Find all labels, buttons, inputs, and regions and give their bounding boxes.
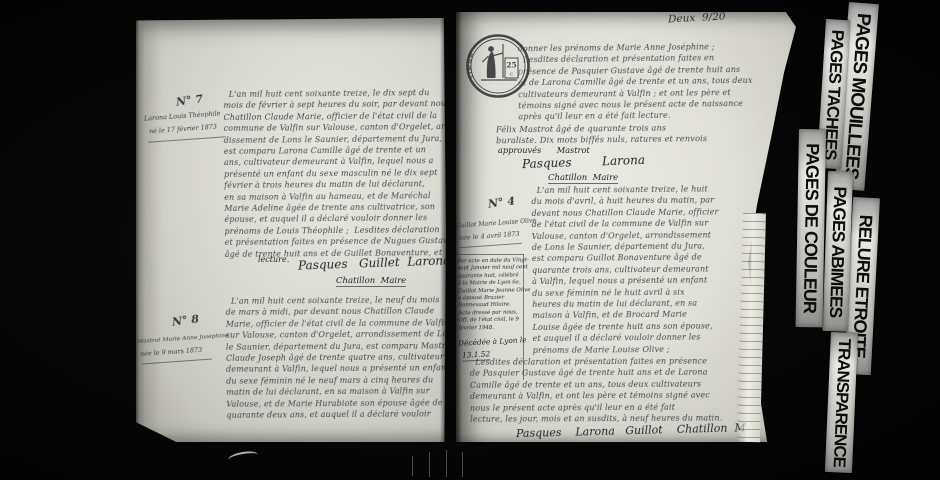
act1-text-block: L'an mil huit cent soixante treize, le d… — [223, 87, 442, 260]
scratch-mark — [462, 452, 463, 477]
approuves-line: approuvés Mastrot — [498, 145, 590, 155]
marriage-mention-block: Par acte en date du Vingt-sept Janvier m… — [457, 257, 522, 332]
revenue-stamp-icon: TIMBRE 25 c — [464, 31, 532, 101]
mayor-signature: Chatillon Maire — [336, 276, 406, 287]
margin-rule-horizontal — [456, 254, 524, 255]
scratch-mark — [412, 456, 413, 476]
scratch-mark — [446, 450, 447, 477]
act4-text-block-wide: Lesdites déclaration et présentation fai… — [470, 355, 766, 425]
left-page: N° 7 Larona Louis Théophile né le 17 fév… — [136, 18, 446, 442]
margin-note-number-4: N° 4 — [487, 194, 515, 210]
condition-label-pages-de-couleur: PAGES DE COULEUR — [796, 129, 826, 327]
act3-text-block: donner les prénoms de Marie Anne Joséphi… — [518, 41, 771, 123]
margin-note-date-guillot: née le 4 avril 1873 — [459, 230, 520, 242]
act3-renvoi-block: Félix Mastrot âgé de quarante trois ansb… — [496, 122, 748, 147]
margin-flourish — [460, 243, 522, 248]
act4-text-block-narrow: L'an mil huit cent soixante treize, le h… — [531, 183, 762, 356]
mention-line: Off. de l'état civil, le 9 — [458, 317, 522, 326]
margin-note-number-8: N° 8 — [171, 312, 199, 328]
mayor-signature: Chatillon Maire — [548, 173, 618, 184]
scratch-mark — [429, 452, 430, 477]
act2-text-block: L'an mil huit cent soixante treize, le n… — [226, 294, 445, 421]
death-mention-line1: Décédée à Lyon le — [458, 336, 527, 347]
smudge-mark — [227, 449, 258, 464]
handwriting-line: quarante deux ans, et auquel il a déclar… — [226, 408, 444, 421]
condition-label-transparence: TRANSPARENCE — [825, 332, 858, 473]
stamp-unit: c — [510, 72, 513, 78]
book-gutter — [440, 10, 462, 442]
handwriting-line: prénoms de Marie Louise Olive ; — [533, 343, 763, 356]
mention-line: février 1948. — [459, 324, 523, 333]
death-mention-text: Décédée à Lyon le — [458, 334, 527, 349]
act3-signatures: Pasques Larona — [522, 153, 645, 171]
left-page-binding-edge — [136, 18, 162, 442]
margin-note-name-guillot: Guillot Marie Louise Olive — [456, 217, 536, 230]
stamp-value: 25 — [506, 61, 516, 70]
act-number: N° 7 — [175, 92, 203, 108]
act1-closing-word: lecture. — [258, 255, 289, 264]
handwriting-line: sur Valouse, canton d'Orgelet, arrondiss… — [226, 328, 444, 341]
act-number: N° 4 — [487, 194, 515, 210]
scanned-register-viewport: N° 7 Larona Louis Théophile né le 17 fév… — [0, 0, 940, 480]
stamp-value-tablet: 25 c — [505, 58, 518, 78]
act-number: N° 8 — [171, 312, 199, 328]
margin-note-number-7: N° 7 — [175, 92, 203, 108]
